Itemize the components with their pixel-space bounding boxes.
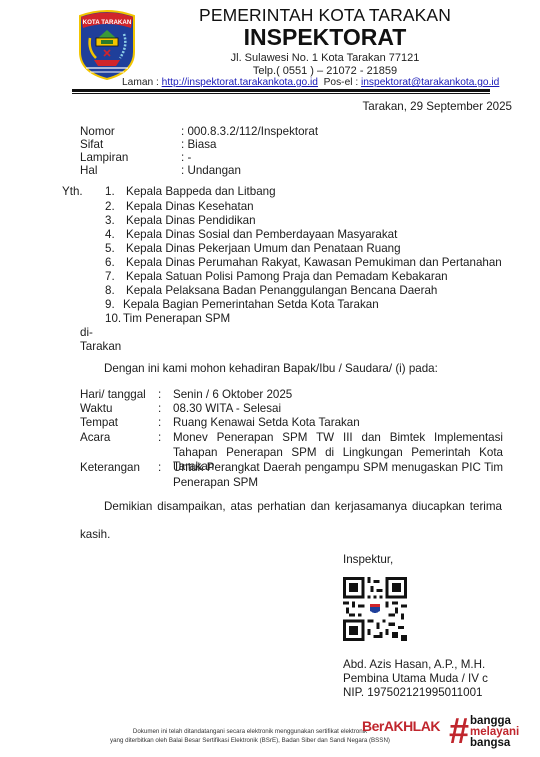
- disclaimer-line-2: yang diterbitkan oleh Balai Besar Sertif…: [80, 736, 420, 745]
- recipient-number: 7.: [105, 270, 115, 284]
- location-prefix: di-: [80, 326, 93, 340]
- recipient-number: 6.: [105, 256, 115, 270]
- event-time: 08.30 WITA - Selesai: [173, 402, 281, 416]
- kota-tarakan-emblem-icon: KOTA TARAKAN: [76, 8, 138, 80]
- event-label: Keterangan: [80, 461, 140, 475]
- event-colon: :: [158, 402, 161, 416]
- location: Tarakan: [80, 340, 121, 354]
- event-colon: :: [158, 461, 161, 475]
- berakhlak-logo: BerAKHLAK: [362, 718, 440, 734]
- e-signature-qr-code-icon: [343, 577, 407, 641]
- office-address: Jl. Sulawesi No. 1 Kota Tarakan 77121: [140, 52, 510, 64]
- meta-value-sifat: : Biasa: [181, 138, 216, 152]
- meta-label-lampiran: Lampiran: [80, 151, 128, 165]
- email-link[interactable]: inspektorat@tarakankota.go.id: [361, 77, 499, 88]
- event-label: Tempat: [80, 416, 118, 430]
- intro-paragraph: Dengan ini kami mohon kehadiran Bapak/Ib…: [104, 362, 438, 376]
- signatory-name: Abd. Azis Hasan, A.P., M.H.: [343, 658, 485, 672]
- recipient-item: Kepala Dinas Perumahan Rakyat, Kawasan P…: [126, 256, 502, 270]
- signatory-title: Inspektur,: [343, 553, 393, 567]
- closing-paragraph: Demikian disampaikan, atas perhatian dan…: [104, 500, 502, 514]
- signatory-rank: Pembina Utama Muda / IV c: [343, 672, 488, 686]
- event-label: Waktu: [80, 402, 112, 416]
- recipient-number: 5.: [105, 242, 115, 256]
- recipient-item: Kepala Dinas Pekerjaan Umum dan Penataan…: [126, 242, 401, 256]
- recipient-item: Tim Penerapan SPM: [123, 312, 230, 326]
- hashtag-icon: #: [449, 714, 469, 748]
- recipient-item: Kepala Bagian Pemerintahan Setda Kota Ta…: [123, 298, 379, 312]
- recipient-number: 1.: [105, 185, 115, 199]
- closing-end: kasih.: [80, 528, 110, 542]
- recipient-number: 8.: [105, 284, 115, 298]
- letterhead-divider: [72, 89, 490, 92]
- government-name: PEMERINTAH KOTA TARAKAN: [140, 5, 510, 26]
- event-label: Hari/ tanggal: [80, 388, 146, 402]
- recipient-number: 9.: [105, 298, 115, 312]
- meta-label-nomor: Nomor: [80, 125, 115, 139]
- recipient-item: Kepala Satuan Polisi Pamong Praja dan Pe…: [126, 270, 448, 284]
- slogan-word: bangsa: [470, 738, 519, 749]
- event-date: Senin / 6 Oktober 2025: [173, 388, 292, 402]
- recipient-number: 3.: [105, 214, 115, 228]
- signatory-nip: NIP. 197502121995011001: [343, 686, 482, 700]
- event-colon: :: [158, 431, 161, 445]
- meta-value-hal: : Undangan: [181, 164, 241, 178]
- recipient-number: 10.: [105, 312, 121, 326]
- meta-label-sifat: Sifat: [80, 138, 103, 152]
- website-link[interactable]: http://inspektorat.tarakankota.go.id: [162, 77, 318, 88]
- recipient-item: Kepala Dinas Pendidikan: [126, 214, 256, 228]
- event-colon: :: [158, 388, 161, 402]
- event-notes: Untuk Perangkat Daerah pengampu SPM menu…: [173, 461, 503, 490]
- website-label: Laman :: [122, 77, 162, 88]
- office-phone: Telp.( 0551 ) – 21072 - 21859: [140, 65, 510, 77]
- bangga-melayani-bangsa-logo: # bangga melayani bangsa: [449, 714, 519, 749]
- meta-label-hal: Hal: [80, 164, 97, 178]
- recipient-number: 2.: [105, 200, 115, 214]
- event-place: Ruang Kenawai Setda Kota Tarakan: [173, 416, 360, 430]
- meta-value-nomor: : 000.8.3.2/112/Inspektorat: [181, 125, 318, 139]
- letter-date: Tarakan, 29 September 2025: [362, 100, 512, 114]
- meta-value-lampiran: : -: [181, 151, 191, 165]
- recipient-number: 4.: [105, 228, 115, 242]
- event-label: Acara: [80, 431, 110, 445]
- recipient-item: Kepala Dinas Kesehatan: [126, 200, 254, 214]
- salutation: Yth.: [62, 185, 83, 199]
- office-contact-line: Laman : http://inspektorat.tarakankota.g…: [122, 77, 499, 88]
- recipient-item: Kepala Bappeda dan Litbang: [126, 185, 276, 199]
- svg-text:KOTA TARAKAN: KOTA TARAKAN: [83, 19, 132, 26]
- recipient-item: Kepala Pelaksana Badan Penanggulangan Be…: [126, 284, 437, 298]
- recipient-item: Kepala Dinas Sosial dan Pemberdayaan Mas…: [126, 228, 397, 242]
- office-name: INSPEKTORAT: [140, 24, 510, 51]
- letterhead-divider-thin: [72, 93, 490, 94]
- event-colon: :: [158, 416, 161, 430]
- email-label: Pos-el :: [318, 77, 361, 88]
